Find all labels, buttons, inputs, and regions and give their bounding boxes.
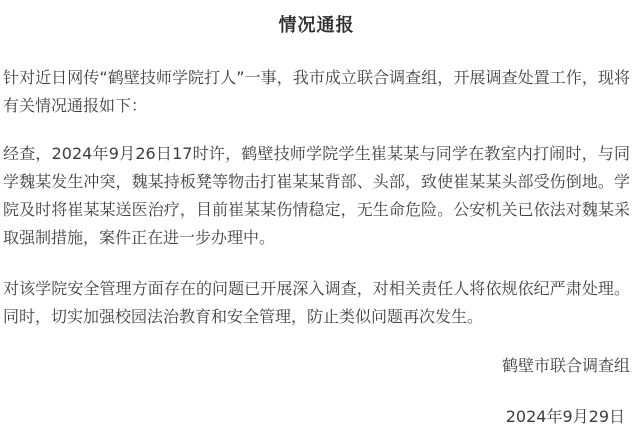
notice-paragraph-measures: 对该学院安全管理方面存在的问题已开展深入调查，对相关责任人将依规依纪严肃处理。同… <box>3 275 630 331</box>
notice-document: 情况通报 针对近日网传“鹤壁技师学院打人”一事，我市成立联合调查组，开展调查处置… <box>0 0 644 433</box>
signature: 鹤壁市联合调查组 <box>3 352 630 380</box>
notice-paragraph-findings: 经查，2024年9月26日17时许，鹤壁技师学院学生崔某某与同学在教室内打闹时，… <box>3 140 630 252</box>
notice-paragraph-intro: 针对近日网传“鹤壁技师学院打人”一事，我市成立联合调查组，开展调查处置工作，现将… <box>3 64 630 120</box>
notice-date: 2024年9月29日 <box>3 403 630 431</box>
page-title: 情况通报 <box>3 16 630 36</box>
